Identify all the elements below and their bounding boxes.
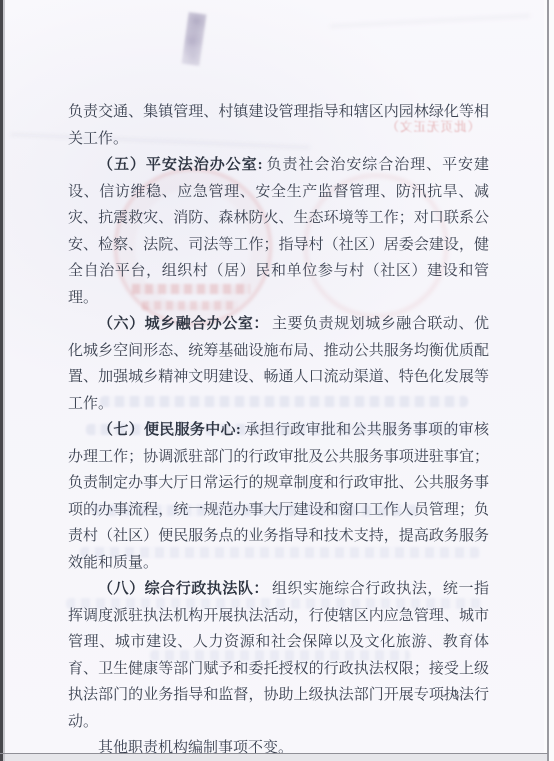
- scan-bottom-margin: [0, 754, 548, 761]
- paragraph-text: 负责社会治安综合治理、平安建设、信访维稳、应急管理、安全生产监督管理、防汛抗旱、…: [68, 157, 489, 306]
- document-body: 负责交通、集镇管理、村镇建设管理指导和辖区内园林绿化等相关工作。 （五）平安法治…: [68, 99, 489, 761]
- scanned-document-page: （此页无正文） 负责交通、集镇管理、村镇建设管理指导和辖区内园林绿化等相关工作。…: [0, 0, 554, 761]
- page-number: - 3 -: [427, 688, 487, 703]
- paragraph-heading: （七）便民服务中心:: [98, 422, 241, 438]
- scan-right-margin: [544, 0, 554, 761]
- scan-left-edge-soft: [3, 0, 5, 761]
- paragraph-text: 承担行政审批和公共服务事项的审核办理工作；协调派驻部门的行政审批及公共服务事项进…: [68, 422, 489, 571]
- paragraph-heading: （八）综合行政执法队：: [98, 581, 269, 597]
- paragraph-item-7: （七）便民服务中心:承担行政审批和公共服务事项的审核办理工作；协调派驻部门的行政…: [68, 417, 489, 576]
- scan-right-edge: [547, 0, 549, 761]
- paragraph-item-8: （八）综合行政执法队：组织实施综合行政执法，统一指挥调度派驻执法机构开展执法活动…: [68, 576, 489, 735]
- paragraph-text: 负责交通、集镇管理、村镇建设管理指导和辖区内园林绿化等相关工作。: [68, 104, 489, 147]
- paragraph-heading: （六）城乡融合办公室：: [98, 316, 269, 332]
- paragraph-continuation: 负责交通、集镇管理、村镇建设管理指导和辖区内园林绿化等相关工作。: [68, 99, 489, 152]
- paragraph-item-6: （六）城乡融合办公室：主要负责规划城乡融合联动、优化城乡空间形态、统筹基础设施布…: [68, 311, 489, 417]
- paragraph-item-5: （五）平安法治办公室:负责社会治安综合治理、平安建设、信访维稳、应急管理、安全生…: [68, 152, 489, 311]
- scan-bottom-edge: [0, 753, 548, 754]
- paragraph-heading: （五）平安法治办公室:: [98, 157, 263, 173]
- paragraph-text: 组织实施综合行政执法，统一指挥调度派驻执法机构开展执法活动，行使辖区内应急管理、…: [68, 581, 489, 730]
